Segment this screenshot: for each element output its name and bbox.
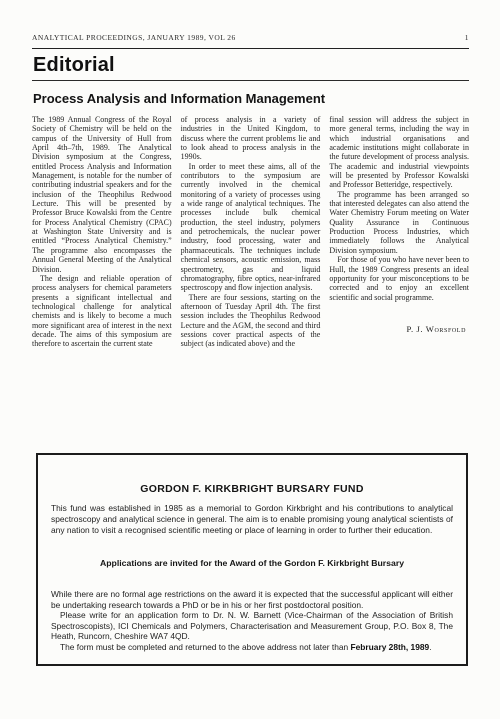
journal-page: ANALYTICAL PROCEEDINGS, JANUARY 1989, VO… bbox=[0, 0, 500, 719]
paragraph: The programme has been arranged so that … bbox=[329, 190, 469, 255]
paragraph: of process analysis in a variety of indu… bbox=[181, 115, 321, 162]
column-1: The 1989 Annual Congress of the Royal So… bbox=[32, 115, 172, 349]
page-content: ANALYTICAL PROCEEDINGS, JANUARY 1989, VO… bbox=[0, 0, 500, 349]
deadline-date: February 28th, 1989 bbox=[351, 642, 430, 652]
bursary-announcement-box: GORDON F. KIRKBRIGHT BURSARY FUND This f… bbox=[36, 453, 468, 666]
paragraph: Please write for an application form to … bbox=[51, 610, 453, 642]
paragraph: While there are no formal age restrictio… bbox=[51, 589, 453, 610]
bursary-invitation: Applications are invited for the Award o… bbox=[51, 558, 453, 568]
bursary-title: GORDON F. KIRKBRIGHT BURSARY FUND bbox=[51, 483, 453, 495]
paragraph: The design and reliable operation of pro… bbox=[32, 274, 172, 349]
paragraph: final session will address the subject i… bbox=[329, 115, 469, 190]
section-divider bbox=[32, 80, 469, 81]
article-title: Process Analysis and Information Managem… bbox=[33, 91, 469, 106]
author-signature: P. J. Worsfold bbox=[329, 324, 469, 334]
section-title: Editorial bbox=[33, 53, 469, 77]
article-body: The 1989 Annual Congress of the Royal So… bbox=[32, 115, 469, 349]
paragraph: The 1989 Annual Congress of the Royal So… bbox=[32, 115, 172, 274]
paragraph: There are four sessions, starting on the… bbox=[181, 293, 321, 349]
running-head: ANALYTICAL PROCEEDINGS, JANUARY 1989, VO… bbox=[32, 33, 469, 42]
page-number: 1 bbox=[465, 33, 469, 42]
journal-header: ANALYTICAL PROCEEDINGS, JANUARY 1989, VO… bbox=[32, 33, 236, 42]
bursary-details: While there are no formal age restrictio… bbox=[51, 589, 453, 652]
column-2: of process analysis in a variety of indu… bbox=[181, 115, 321, 349]
deadline-text: The form must be completed and returned … bbox=[60, 642, 351, 652]
paragraph: In order to meet these aims, all of the … bbox=[181, 162, 321, 293]
deadline-paragraph: The form must be completed and returned … bbox=[51, 642, 453, 653]
paragraph: For those of you who have never been to … bbox=[329, 255, 469, 302]
deadline-period: . bbox=[429, 642, 431, 652]
column-3: final session will address the subject i… bbox=[329, 115, 469, 349]
bursary-intro: This fund was established in 1985 as a m… bbox=[51, 503, 453, 535]
header-divider bbox=[32, 48, 469, 49]
